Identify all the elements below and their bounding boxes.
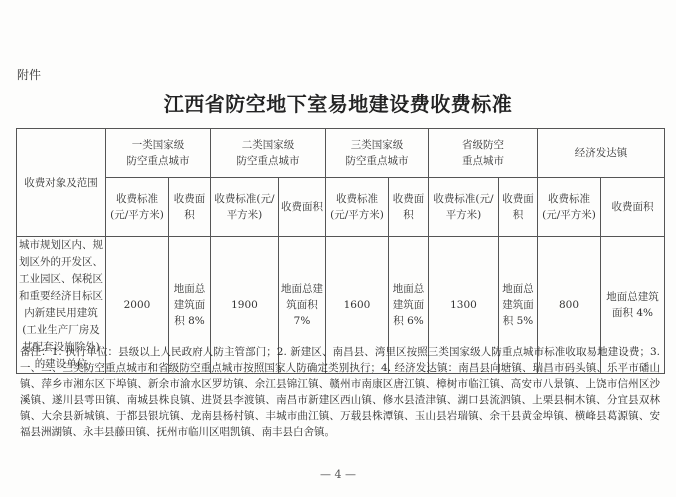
rate-header: 收费标准(元/平方米): [429, 178, 499, 237]
rate-header: 收费标准(元/平方米): [211, 178, 279, 237]
category-header: 一类国家级防空重点城市: [106, 129, 211, 178]
notes-text: 备注：1. 执行单位：县级以上人民政府人防主管部门；2. 新建区、南昌县、湾里区…: [20, 344, 660, 440]
sub-header-row: 收费标准(元/平方米) 收费面积 收费标准(元/平方米) 收费面积 收费标准(元…: [17, 178, 665, 237]
category-header: 三类国家级防空重点城市: [326, 129, 429, 178]
page-number: — 4 —: [0, 468, 676, 481]
area-header: 收费面积: [279, 178, 326, 237]
area-header: 收费面积: [169, 178, 211, 237]
rate-header: 收费标准(元/平方米): [106, 178, 169, 237]
rate-header: 收费标准(元/平方米): [326, 178, 389, 237]
category-header: 省级防空重点城市: [429, 129, 538, 178]
scope-header: 收费对象及范围: [17, 129, 106, 237]
attachment-label: 附件: [17, 66, 41, 83]
page-title: 江西省防空地下室易地建设费收费标准: [0, 88, 676, 117]
area-header: 收费面积: [601, 178, 665, 237]
area-header: 收费面积: [499, 178, 538, 237]
rate-header: 收费标准(元/平方米): [538, 178, 601, 237]
category-header: 经济发达镇: [538, 129, 665, 178]
category-header: 二类国家级防空重点城市: [211, 129, 326, 178]
area-header: 收费面积: [389, 178, 429, 237]
category-header-row: 收费对象及范围 一类国家级防空重点城市 二类国家级防空重点城市 三类国家级防空重…: [17, 129, 665, 178]
fee-table: 收费对象及范围 一类国家级防空重点城市 二类国家级防空重点城市 三类国家级防空重…: [16, 128, 665, 374]
